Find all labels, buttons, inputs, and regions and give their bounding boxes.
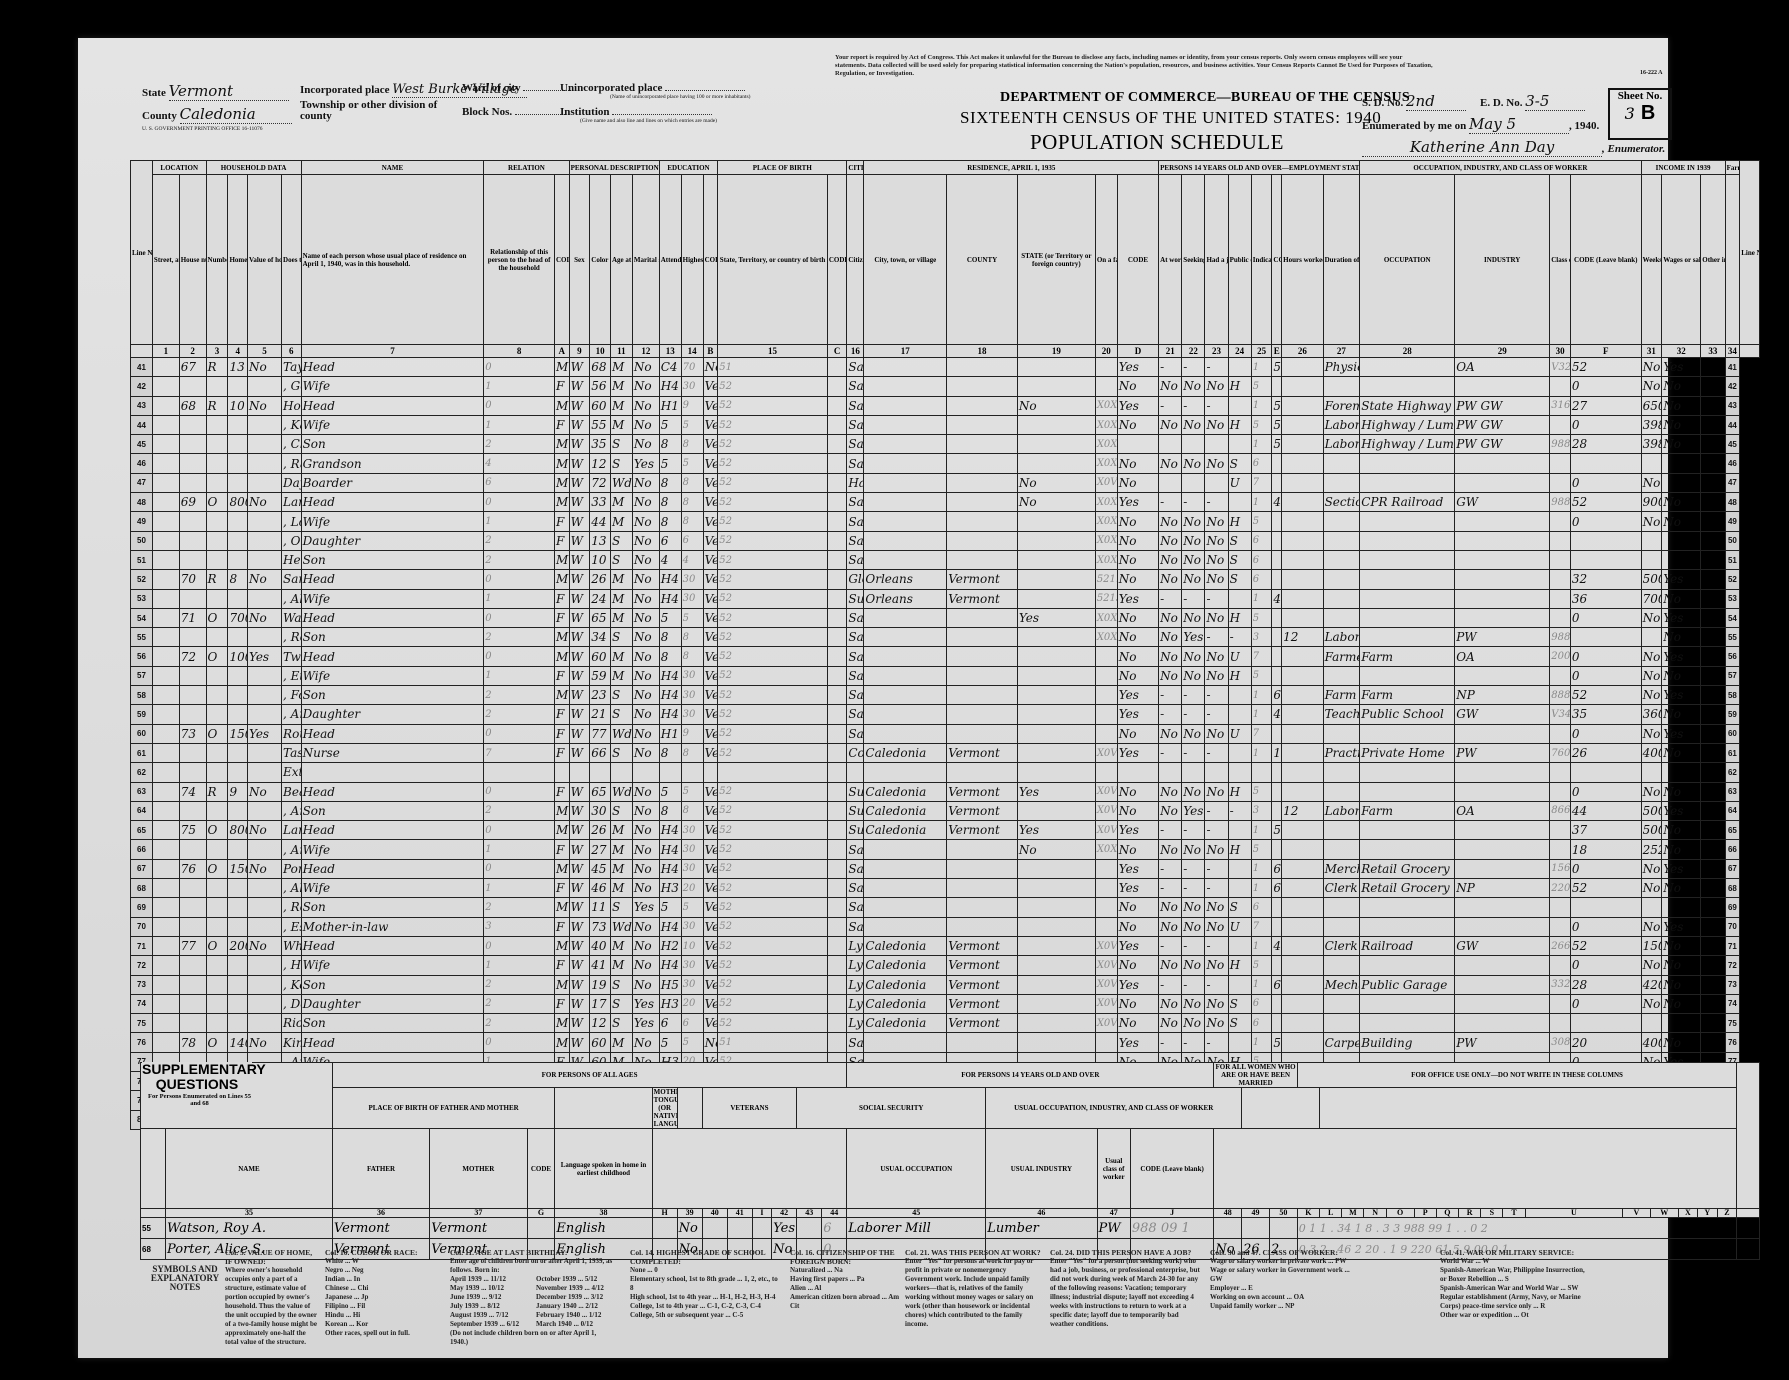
c30-header: Class of worker [1550,175,1571,345]
farm-cell [247,801,281,820]
street-cell [152,936,179,955]
other-cell [1662,763,1701,782]
marital-cell: M [610,570,632,589]
birthplace-cell: Vermont [703,956,718,975]
blank-cell [1701,570,1725,589]
status-cell [1228,493,1251,512]
house-no-cell [179,898,206,917]
age-cell: 46 [590,879,611,898]
note-item: Unpaid family worker ... NP [1210,1302,1350,1311]
school-cell: No [632,628,659,647]
c26-header: Hours worked [1282,175,1323,345]
dur-cell [1282,647,1323,666]
res-farm-cell [1017,454,1095,473]
code-e-cell: 6 [1251,570,1272,589]
blank-cell [827,647,847,666]
farm-cell: No [247,570,281,589]
other-cell [1662,550,1701,569]
name-cell: , Katie L. [282,415,302,434]
code-b-cell: 8 [681,647,703,666]
age-cell: 27 [590,840,611,859]
line-number: 71 [131,936,153,955]
cE-header: CODE [1272,175,1282,345]
class-cell [1455,512,1550,531]
job-cell: No [1182,512,1205,531]
code-e-cell: 1 [1251,435,1272,454]
blank-cell [1701,956,1725,975]
age-cell: 73 [590,917,611,936]
house-no-cell: 72 [179,647,206,666]
class-cell [1455,1014,1550,1033]
code-a-cell: 0 [484,608,555,627]
res-county-cell [864,377,947,396]
emerg-cell: No [1205,512,1228,531]
name-cell: King, John A. [282,1033,302,1052]
hours-cell [1272,956,1282,975]
dur-cell [1282,666,1323,685]
wages-cell: 500 [1641,801,1662,820]
weeks-cell: 0 [1570,666,1641,685]
at-work-cell: No [1117,782,1158,801]
value-cell [228,801,247,820]
occupation-cell [1323,917,1360,936]
birthplace-cell: Vermont [703,550,718,569]
code-f-cell: 156 61 4 [1550,859,1571,878]
column-number: 17 [864,345,947,358]
marital-cell: M [610,666,632,685]
blank-cell [827,415,847,434]
line-number-right: 68 [1725,879,1740,898]
line-number: 67 [131,859,153,878]
name-cell: Taylor, Ernest A. [282,358,302,377]
code-b-cell: 5 [681,608,703,627]
table-row: 61Tassed, Rose B.Nurse7FW66SNo88Vermont5… [131,743,1760,762]
res-city-cell: Same house [847,705,864,724]
race-cell: W [569,936,590,955]
name-cell: Lane, Henry E. [282,493,302,512]
farm-cell [247,550,281,569]
status-cell [1228,879,1251,898]
column-number: 10 [590,345,611,358]
office-use-group: FOR OFFICE USE ONLY—DO NOT WRITE IN THES… [1297,1063,1737,1088]
job-cell: No [1182,666,1205,685]
res-city-cell: Same house [847,879,864,898]
blank-cell [1701,782,1725,801]
wages-cell [1641,628,1662,647]
school-cell: No [632,647,659,666]
school-cell: No [632,589,659,608]
code-e-cell: 1 [1251,493,1272,512]
house-no-cell: 78 [179,1033,206,1052]
marital-cell: M [610,608,632,627]
sex-cell: F [554,743,569,762]
wages-cell: None [1641,879,1662,898]
note-item: February 1940 ... 1/12 [536,1311,615,1320]
table-row: 74, Dorothy M.Daughter2FW17SYesH320Vermo… [131,994,1760,1013]
code-e-cell: 1 [1251,1033,1272,1052]
blank-cell [1701,801,1725,820]
job-cell: No [1182,454,1205,473]
value-cell [228,840,247,859]
other-cell: No [1662,512,1701,531]
col14-title: Col. 14. HIGHEST GRADE OF SCHOOL COMPLET… [630,1248,780,1266]
code-f-cell: 888 VV 5 [1550,686,1571,705]
blank-cell [1701,435,1725,454]
seek-cell: - [1159,1033,1182,1052]
code-b-cell: 30 [681,666,703,685]
note-item: November 1939 ... 4/12 [536,1284,615,1293]
age-cell: 65 [590,608,611,627]
supp-column-number: 42 [772,1209,797,1218]
industry-cell: Building [1360,1033,1455,1052]
status-cell: H [1228,377,1251,396]
marital-cell: M [610,879,632,898]
column-number: 23 [1205,345,1228,358]
dur-cell [1282,743,1323,762]
code-c-cell: 52 [718,666,828,685]
table-row: 6776O1500NoPorter, Robert P.Head0MW45MNo… [131,859,1760,878]
birthplace-cell: Vermont [703,396,718,415]
blank-cell [1701,975,1725,994]
grade-cell: 8 [659,473,681,492]
industry-cell: Highway / Lumbering [1360,415,1455,434]
res-county-cell [864,396,947,415]
school-cell: No [632,666,659,685]
code-d-cell [1095,898,1117,917]
res-farm-cell: Yes [1017,782,1095,801]
farm-cell [247,531,281,550]
code-f-cell [1550,763,1571,782]
supp-column-number: P [1414,1209,1436,1218]
seek-cell: - [1159,396,1182,415]
own-cell [206,415,228,434]
occupation-cell: Practical Nurse [1323,743,1360,762]
code-e-cell: 3 [1251,801,1272,820]
emerg-cell: - [1205,1033,1228,1052]
street-cell [152,377,179,396]
line-number-right: 41 [1725,358,1740,377]
house-no-cell [179,473,206,492]
sex-cell: F [554,377,569,396]
res-county-cell: Caledonia [864,975,947,994]
citizenship-group: CITIZENSHIP [847,161,864,175]
farm-cell [247,705,281,724]
blank-cell [1701,743,1725,762]
dur-cell [1282,705,1323,724]
code-f-cell [1550,898,1571,917]
occupation-cell [1323,898,1360,917]
res-city-cell: Lyndonville [847,994,864,1013]
res-county-cell [864,917,947,936]
code-f-cell [1550,1014,1571,1033]
emerg-cell: No [1205,377,1228,396]
relation-cell: Wife [301,840,484,859]
blank-cell [1701,994,1725,1013]
code-c-cell: 52 [718,821,828,840]
column-number: 21 [1159,345,1182,358]
code-e-cell: 1 [1251,879,1272,898]
county-value: Caledonia [180,105,292,124]
res-state-cell [947,647,1018,666]
blank-cell [1701,859,1725,878]
res-county-cell [864,415,947,434]
at-work-cell: Yes [1117,358,1158,377]
school-cell: No [632,782,659,801]
job-cell: No [1182,840,1205,859]
res-city-cell: Sutton [847,589,864,608]
sex-cell: M [554,570,569,589]
column-number: 15 [718,345,828,358]
own-cell [206,589,228,608]
marital-cell: S [610,454,632,473]
weeks-cell: 18 [1570,840,1641,859]
hours-cell [1272,628,1282,647]
supp-father-header: FATHER [332,1129,429,1209]
grade-cell [659,763,681,782]
street-cell [152,493,179,512]
weeks-cell: 0 [1570,608,1641,627]
blank-cell [1701,898,1725,917]
at-work-cell: No [1117,628,1158,647]
value-cell [228,435,247,454]
wages-cell: None [1641,724,1662,743]
farm-cell: No [247,859,281,878]
at-work-cell: No [1117,647,1158,666]
wages-cell: 1500 [1641,936,1662,955]
seek-cell: No [1159,415,1182,434]
code-b-cell: 30 [681,917,703,936]
township-field: Township or other division of county [300,100,450,122]
res-farm-cell: No [1017,473,1095,492]
unincorporated-label: Unincorporated place [560,82,662,94]
race-cell: W [569,415,590,434]
name-cell: Bean, Nellie F. [282,782,302,801]
school-cell: No [632,608,659,627]
col24-text: Enter "Yes" for a person (not seeking wo… [1050,1257,1200,1329]
sex-cell: M [554,493,569,512]
supp-name-header: NAME [166,1129,333,1209]
seek-cell: - [1159,358,1182,377]
race-cell: W [569,531,590,550]
occupation-cell [1323,512,1360,531]
code-c-cell: 52 [718,589,828,608]
own-cell [206,917,228,936]
status-cell: H [1228,666,1251,685]
supp-column-number: M [1342,1209,1364,1218]
own-cell [206,840,228,859]
street-cell [152,705,179,724]
status-cell [1228,821,1251,840]
line-number-right: 42 [1725,377,1740,396]
line-number-right: 66 [1725,840,1740,859]
blank-cell [1701,917,1725,936]
code-b-cell [681,763,703,782]
value-cell: 1500 [228,859,247,878]
code-c-cell: 52 [718,994,828,1013]
enumerated-year: , 1940. [1569,120,1599,132]
other-cell: No [1662,666,1701,685]
unincorporated-field: Unincorporated place [560,82,745,94]
street-cell [152,840,179,859]
job-cell: No [1182,1014,1205,1033]
relation-cell: Head [301,647,484,666]
hours-cell [1272,994,1282,1013]
occupation-cell [1323,377,1360,396]
code-f-cell [1550,512,1571,531]
street-cell [152,550,179,569]
value-cell [228,454,247,473]
form-number: 16-222 A [1640,70,1663,76]
grade-cell: H4 [659,859,681,878]
grade-cell: 5 [659,782,681,801]
sd-label: S. D. No. [1362,97,1403,109]
res-city-cell: Sutton [847,801,864,820]
note-item: Japanese ... Jp [325,1293,440,1302]
supp-code-header: CODE (Leave blank) [1130,1129,1213,1209]
sex-cell: F [554,512,569,531]
wages-cell: 700 [1641,589,1662,608]
other-cell: No [1662,493,1701,512]
veterans-header: VETERANS [702,1088,797,1129]
sex-cell: M [554,1014,569,1033]
table-row: 51Henry C.Son2MW10SNo44Vermont52Same pla… [131,550,1760,569]
dur-cell [1282,493,1323,512]
birth-group: PLACE OF BIRTH [718,161,847,175]
blank-cell [827,975,847,994]
note-item: December 1939 ... 3/12 [536,1293,615,1302]
dur-cell [1282,377,1323,396]
birthplace-cell: Vermont [703,512,718,531]
blank-cell [827,512,847,531]
line-number: 55 [131,628,153,647]
code-d-cell: X0V1 [1095,473,1117,492]
res-state-cell [947,628,1018,647]
table-row: 62Extra Line62 [131,763,1760,782]
column-number [131,345,153,358]
table-row: 59, Arlene V.Daughter2FW21SNoH430Vermont… [131,705,1760,724]
code-b-cell: 30 [681,570,703,589]
line-number: 69 [131,898,153,917]
own-cell [206,473,228,492]
weeks-cell: 52 [1570,358,1641,377]
code-d-cell: X0V1 [1095,956,1117,975]
blank-cell [827,936,847,955]
age-cell: 60 [590,1033,611,1052]
dur-cell [1282,608,1323,627]
code-f-cell: 760 86 1 [1550,743,1571,762]
age-cell: 77 [590,724,611,743]
farm-cell: No [247,1033,281,1052]
supp-ss-deduct-cell: Yes [772,1218,797,1239]
value-cell [228,956,247,975]
sex-cell: M [554,396,569,415]
code-d-cell [1095,879,1117,898]
dur-cell [1282,531,1323,550]
table-row: 4167R13NoTaylor, Ernest A.Head0MW68MNoC4… [131,358,1760,377]
street-cell [152,821,179,840]
grade-cell: 8 [659,493,681,512]
class-cell: OA [1455,801,1550,820]
res-county-cell [864,686,947,705]
blank-cell [827,801,847,820]
farm-cell [247,879,281,898]
seek-cell: - [1159,705,1182,724]
supp-line-number: 55 [141,1218,166,1239]
class-cell [1455,570,1550,589]
hours-cell [1272,782,1282,801]
emerg-cell: No [1205,647,1228,666]
other-cell [1662,454,1701,473]
other-cell: Yes [1662,647,1701,666]
own-cell: R [206,396,228,415]
at-work-cell: No [1117,608,1158,627]
symbols-notes-title: SYMBOLS AND EXPLANATORY NOTES [150,1265,220,1292]
house-no-cell [179,666,206,685]
own-cell: R [206,570,228,589]
seek-cell: - [1159,936,1182,955]
dur-cell [1282,589,1323,608]
own-cell: O [206,821,228,840]
hours-cell [1272,801,1282,820]
line-number: 45 [131,435,153,454]
farm-cell: No [247,396,281,415]
code-f-cell [1550,473,1571,492]
sex-cell: M [554,550,569,569]
col11-foot: (Do not include children born on or afte… [450,1329,615,1347]
res-farm-cell [1017,724,1095,743]
at-work-cell: No [1117,531,1158,550]
school-cell [632,763,659,782]
value-cell [228,550,247,569]
farm-cell [247,686,281,705]
supp-column-number [1737,1209,1760,1218]
res-farm-cell [1017,628,1095,647]
wages-cell: 900 [1641,493,1662,512]
status-cell: S [1228,898,1251,917]
house-no-cell: 73 [179,724,206,743]
seek-cell: No [1159,898,1182,917]
value-cell [228,666,247,685]
dur-cell [1282,570,1323,589]
note-item: White ... W [325,1257,440,1266]
at-work-cell: Yes [1117,821,1158,840]
res-county-cell [864,531,947,550]
hours-cell: 60 [1272,686,1282,705]
grade-cell: H4 [659,821,681,840]
code-d-cell [1095,647,1117,666]
line-number: 61 [131,743,153,762]
at-work-cell: No [1117,917,1158,936]
name-cell: , Ralph C. [282,454,302,473]
emerg-cell: No [1205,724,1228,743]
age-cell: 66 [590,743,611,762]
class-cell: PW GW [1455,435,1550,454]
column-number: 4 [228,345,247,358]
code-b-cell: 30 [681,705,703,724]
at-work-cell: No [1117,994,1158,1013]
dur-cell: 12 [1282,801,1323,820]
other-cell: No [1662,936,1701,955]
code-a-cell: 2 [484,1014,555,1033]
blank-cell [827,917,847,936]
industry-cell: Farm [1360,801,1455,820]
line-number-right: 48 [1725,493,1740,512]
blank-cell [827,435,847,454]
code-c-cell: 52 [718,647,828,666]
res-state-cell [947,840,1018,859]
seek-cell: No [1159,1014,1182,1033]
class-cell [1455,724,1550,743]
